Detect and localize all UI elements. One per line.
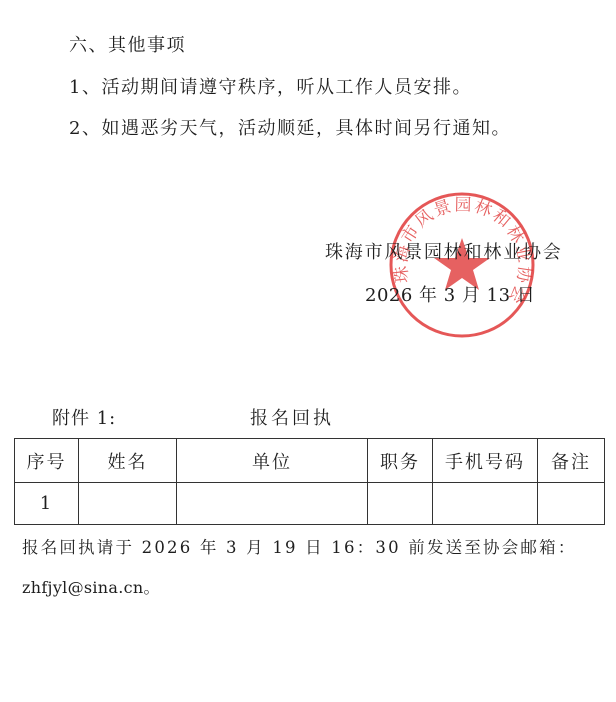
signature-date: 2026 年 3 月 13 日	[365, 285, 535, 307]
form-title: 报名回执	[250, 408, 334, 430]
list-item: 2、如遇恶劣天气，活动顺延，具体时间另行通知。	[69, 118, 511, 140]
list-item: 1、活动期间请遵守秩序，听从工作人员安排。	[69, 77, 472, 99]
attachment-label: 附件 1:	[52, 408, 116, 430]
cell-index: 1	[15, 483, 79, 525]
column-header-organization: 单位	[177, 439, 368, 483]
submission-note: 报名回执请于 2026 年 3 月 19 日 16：30 前发送至协会邮箱：	[22, 537, 577, 559]
contact-email: zhfjyl@sina.cn。	[22, 577, 160, 599]
cell-name	[79, 483, 177, 525]
column-header-remarks: 备注	[538, 439, 605, 483]
cell-position	[368, 483, 433, 525]
column-header-position: 职务	[368, 439, 433, 483]
table-header-row: 序号 姓名 单位 职务 手机号码 备注	[15, 439, 605, 483]
organization-name: 珠海市风景园林和林业协会	[325, 242, 563, 264]
cell-remarks	[538, 483, 605, 525]
cell-organization	[177, 483, 368, 525]
section-heading: 六、其他事项	[69, 35, 186, 57]
cell-phone	[433, 483, 538, 525]
column-header-name: 姓名	[79, 439, 177, 483]
column-header-phone: 手机号码	[433, 439, 538, 483]
registration-table: 序号 姓名 单位 职务 手机号码 备注 1	[14, 438, 605, 525]
table-row: 1	[15, 483, 605, 525]
official-seal-icon: 珠海市风景园林和林业协会	[387, 190, 537, 340]
column-header-index: 序号	[15, 439, 79, 483]
